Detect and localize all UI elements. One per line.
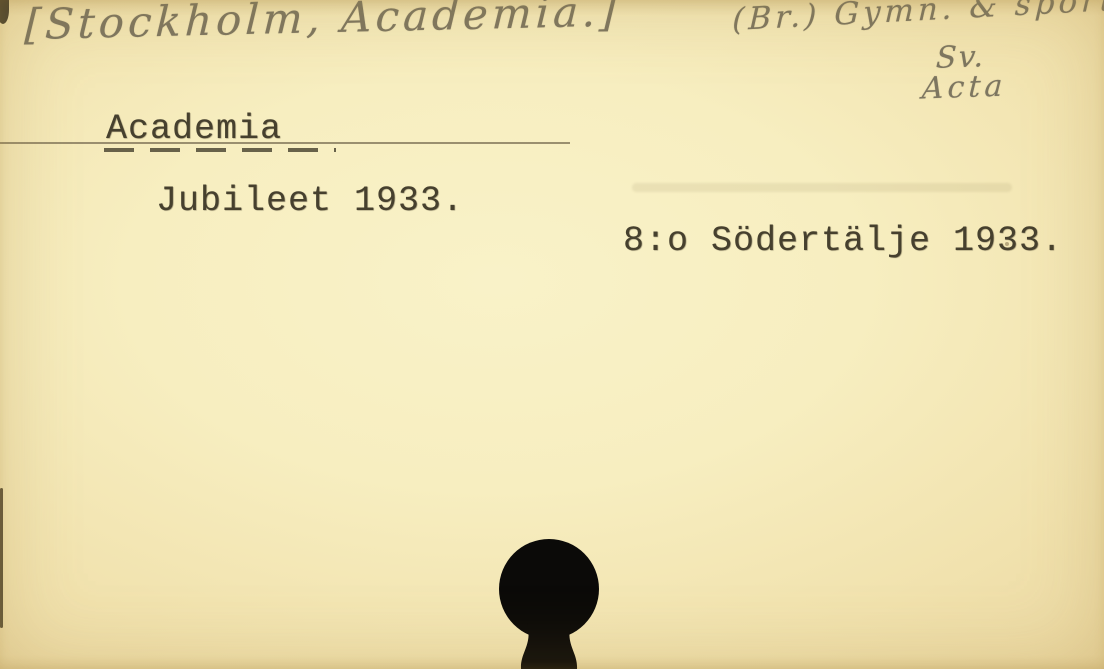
scan-edge-artifact <box>0 488 3 628</box>
typed-imprint-line: 8:o Södertälje 1933. <box>623 221 1063 261</box>
paper-speck <box>1005 242 1009 246</box>
scanned-catalog-card: [Stockholm, Academia.] (Br.) Gymn. & spo… <box>0 0 1104 669</box>
typed-title-line: Jubileet 1933. <box>156 181 464 221</box>
handwritten-header-annotation: [Stockholm, Academia.] <box>24 0 621 49</box>
heading-underline-dashes <box>104 148 336 152</box>
handwritten-classification-line1: (Br.) Gymn. & sport <box>732 0 1104 38</box>
erased-text-smudge <box>632 183 1012 192</box>
rod-hole-icon <box>489 535 609 669</box>
corner-smudge <box>0 0 9 24</box>
handwritten-classification-line3: Acta <box>921 68 1007 106</box>
card-paper: [Stockholm, Academia.] (Br.) Gymn. & spo… <box>0 0 1104 669</box>
heading-rule-line <box>0 142 570 144</box>
